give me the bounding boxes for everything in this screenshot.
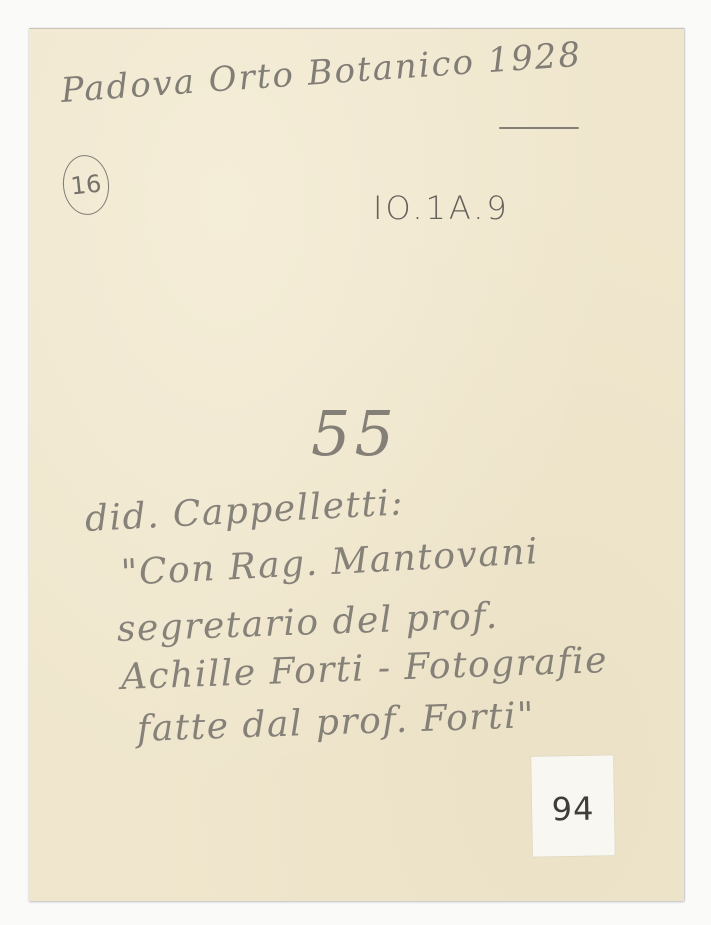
paper-label-number: 94 <box>551 790 594 829</box>
inventory-code: IO.1A.9 <box>373 189 510 227</box>
caption-line-4: Achille Forti - Fotografie <box>120 640 608 698</box>
paper-label: 94 <box>531 755 615 856</box>
circled-number-value: 16 <box>69 169 102 200</box>
scan-background: Padova Orto Botanico 1928 16 IO.1A.9 55 … <box>0 0 711 925</box>
year-underline <box>499 127 579 129</box>
caption-line-2: "Con Rag. Mantovani <box>120 531 540 594</box>
circled-number: 16 <box>60 153 112 217</box>
caption-line-5: fatte dal prof. Forti" <box>136 695 535 750</box>
header-location-date: Padova Orto Botanico 1928 <box>60 35 584 111</box>
caption-line-1: did. Cappelletti: <box>84 482 405 540</box>
caption-line-3: segretario del prof. <box>116 596 499 650</box>
center-number: 55 <box>311 397 398 470</box>
